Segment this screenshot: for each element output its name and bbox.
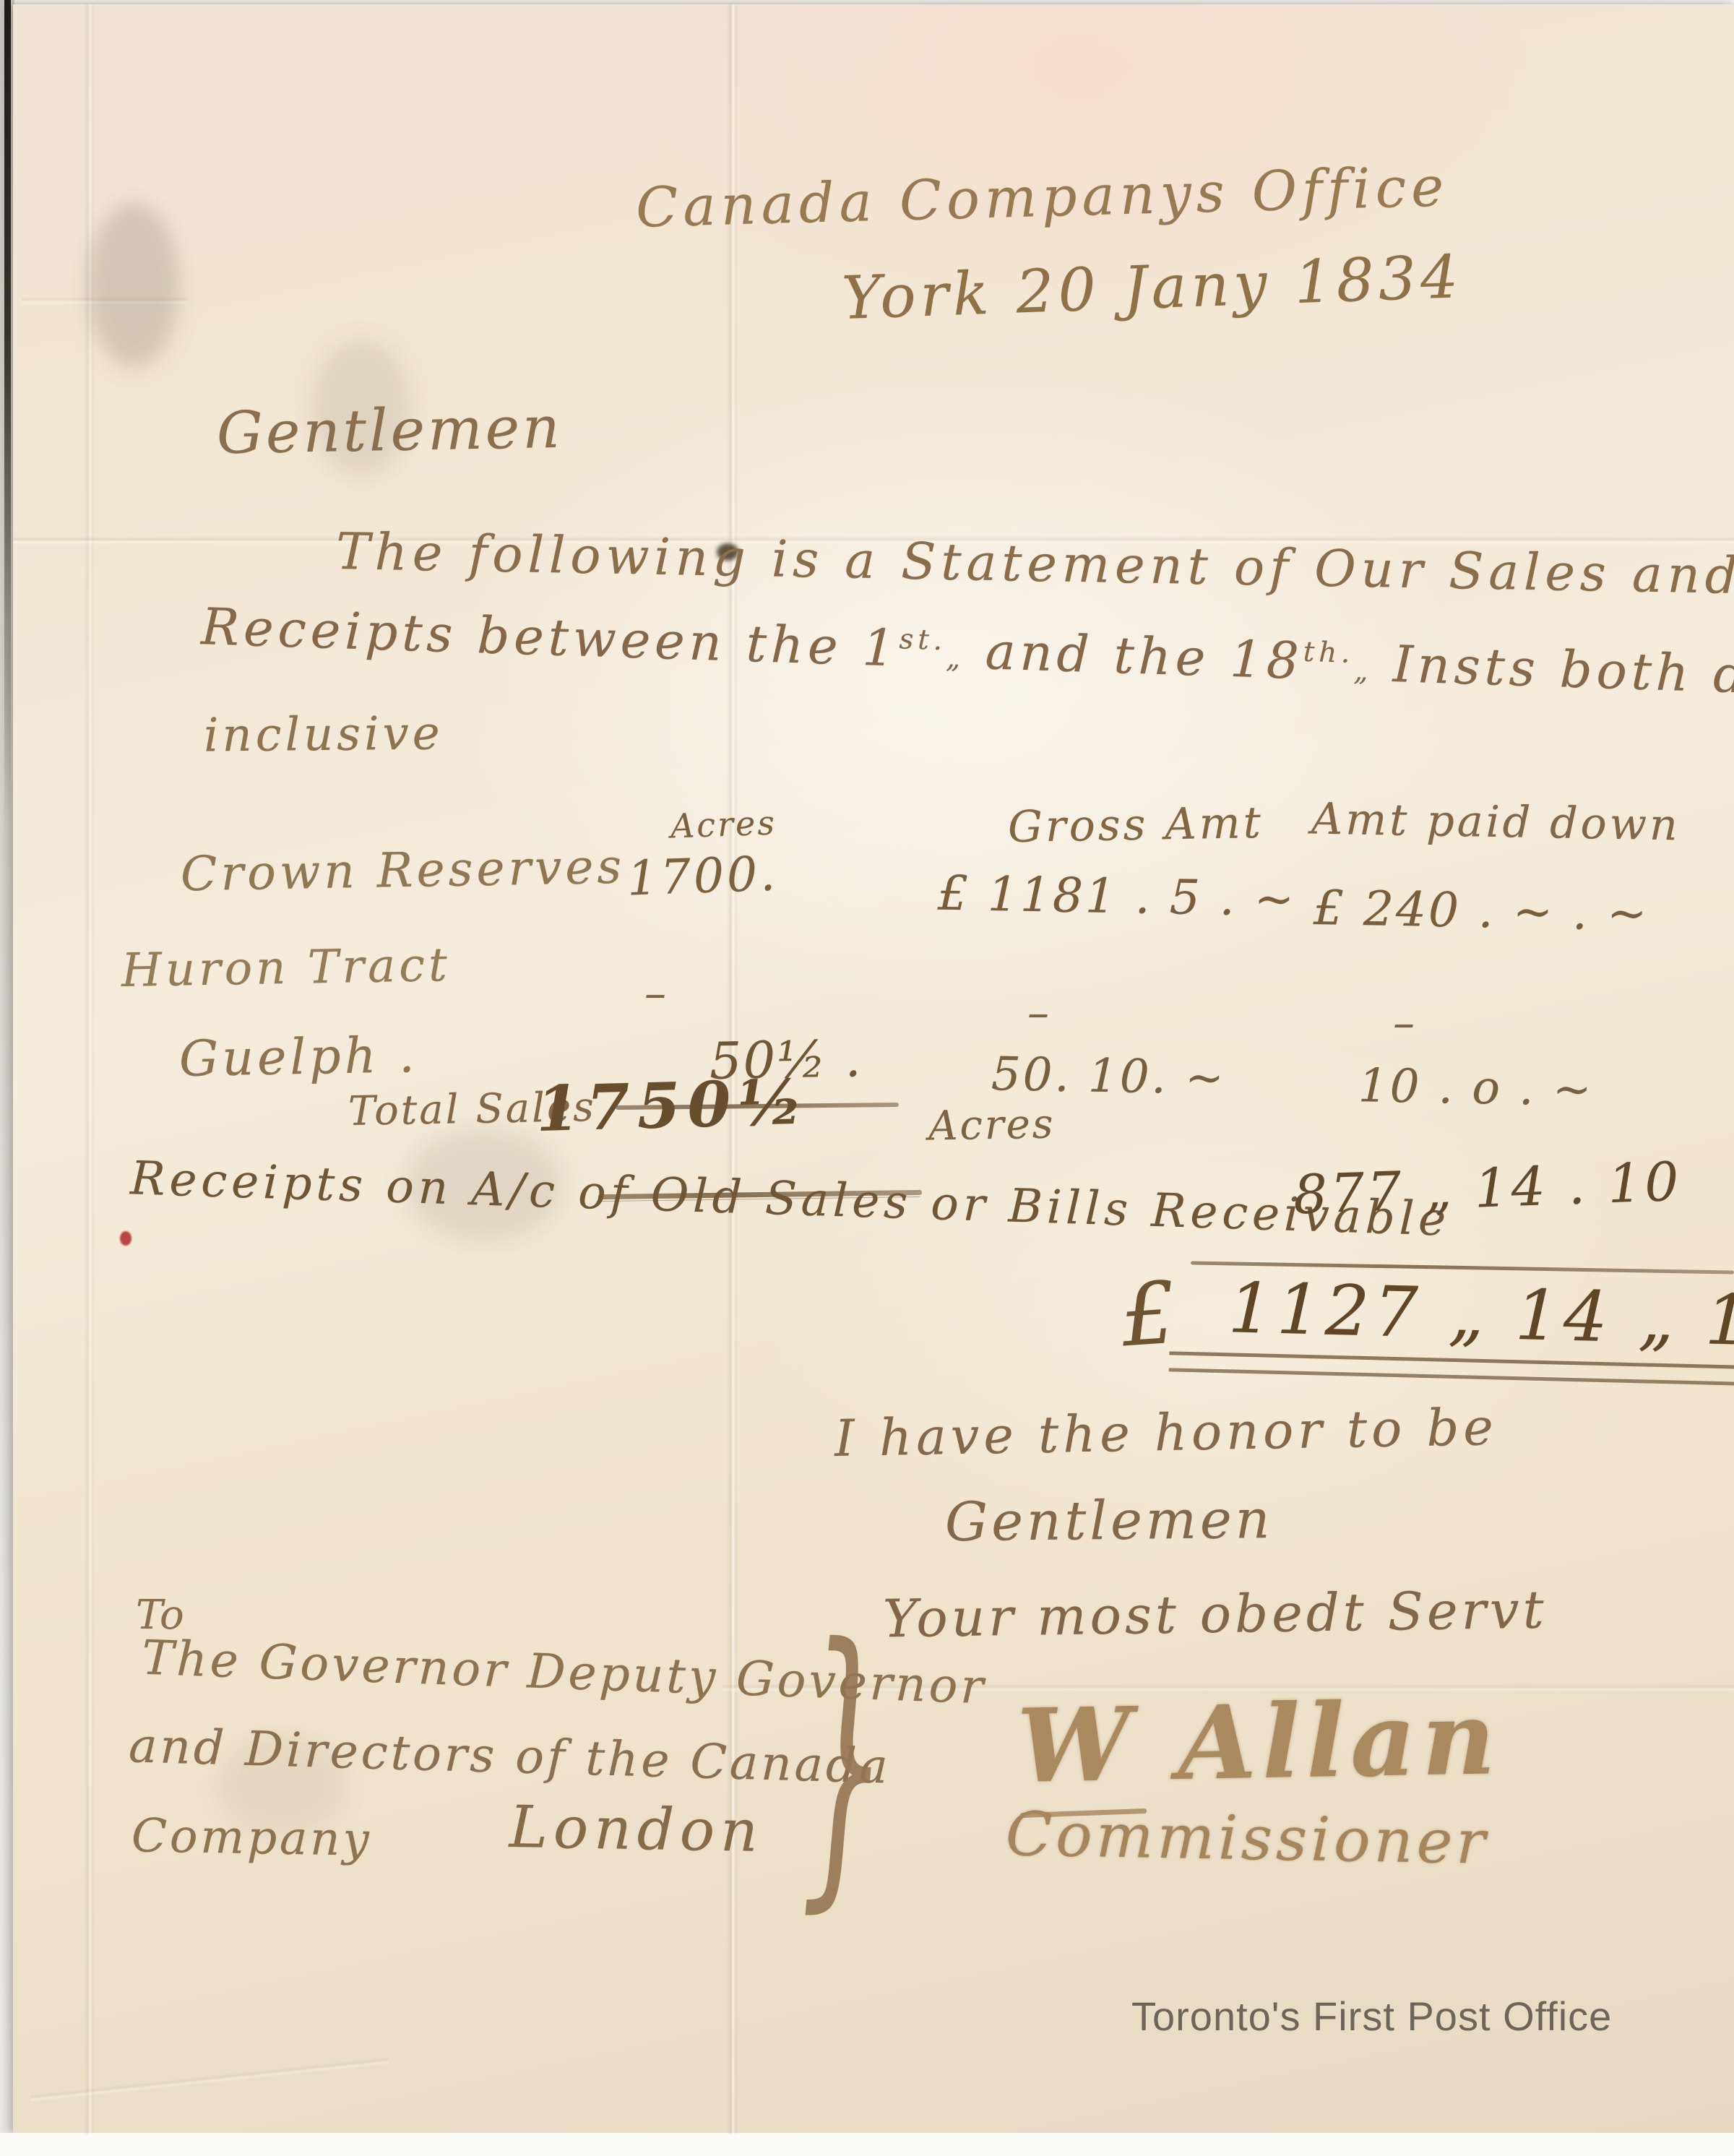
grand-total-amount: 1127 „ 14 „ 10 (1228, 1273, 1734, 1356)
signature-title: Commissioner (1005, 1803, 1489, 1873)
body-line2-day2-suffix: th. (1303, 636, 1355, 670)
col-header-amount-paid-down: Amt paid down (1311, 798, 1681, 848)
total-sales-acres-unit: Acres (928, 1104, 1056, 1147)
body-line2-day1: 1 (861, 618, 900, 678)
archive-watermark: Toronto's First Post Office (1131, 1993, 1612, 2040)
scanned-letter: Canada Companys Office York 20 Jany 1834… (0, 0, 1734, 2156)
body-line2-day2: 18 (1229, 629, 1304, 691)
salutation: Gentlemen (216, 399, 563, 462)
closing-line-3: Your most obedt Servt (883, 1584, 1548, 1645)
body-line2-day2-mark: „ (1353, 655, 1373, 688)
receipts-amount: 877 „ 14 . 10 (1293, 1155, 1683, 1223)
closing-line-1: I have the honor to be (834, 1402, 1498, 1464)
scanner-edge-shadow (4, 0, 11, 838)
smudge-stain-top-left (87, 202, 181, 368)
grand-total-currency: £ (1118, 1270, 1178, 1359)
row-huron-tract-label: Huron Tract (121, 942, 451, 994)
row-huron-tract-acres: – (644, 972, 666, 1015)
col-header-acres: Acres (670, 806, 777, 842)
scanner-bottom-strip (0, 2133, 1734, 2156)
red-wax-dot (120, 1231, 131, 1246)
signature-name: W Allan (1017, 1688, 1502, 1798)
row-huron-tract-paid: – (1393, 1001, 1415, 1045)
row-huron-tract-gross: – (1027, 991, 1049, 1035)
row-crown-reserves-gross: £ 1181 . 5 . ~ (937, 870, 1296, 924)
row-guelph-gross: 50. 10. ~ (991, 1051, 1226, 1102)
row-crown-reserves-paid: £ 240 . ~ . ~ (1313, 884, 1649, 938)
total-sales-acres: 1750½ (535, 1071, 811, 1141)
recipient-city: London (509, 1798, 764, 1860)
row-guelph-label: Guelph . (178, 1031, 418, 1085)
body-line-3: inclusive (204, 711, 444, 759)
closing-line-2: Gentlemen (945, 1493, 1274, 1549)
row-guelph-paid: 10 . o . ~ (1358, 1063, 1594, 1113)
recipient-brace: } (801, 1610, 887, 1913)
body-line2-mid: and the (964, 621, 1230, 688)
body-line2-day1-mark: „ (946, 642, 965, 676)
recipient-line-3: Company (131, 1813, 372, 1863)
body-line2-day1-suffix: st. (899, 623, 947, 657)
col-header-gross-amount: Gross Amt (1008, 801, 1264, 849)
row-crown-reserves-label: Crown Reserves (180, 843, 625, 899)
row-crown-reserves-acres: 1700. (626, 850, 779, 902)
